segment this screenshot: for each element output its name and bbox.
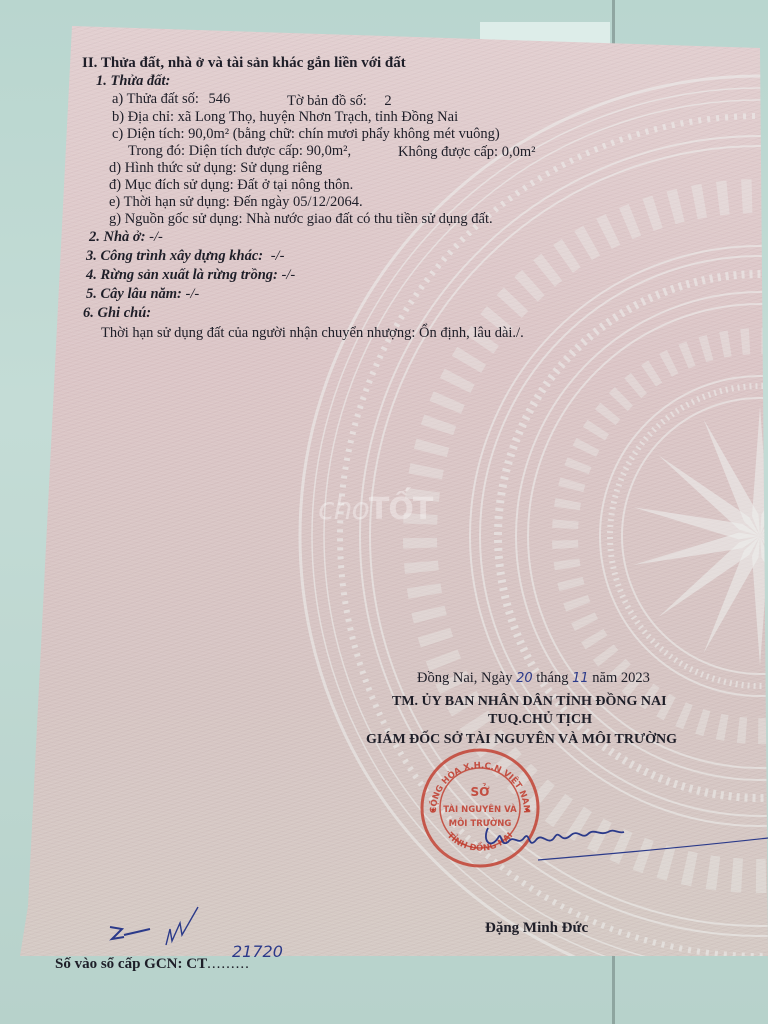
parcel-number-label: a) Thửa đất số: — [112, 91, 199, 107]
registry-number: 21720 — [232, 944, 283, 960]
date-year: năm 2023 — [592, 670, 650, 686]
authority-line-2: TUQ.CHỦ TỊCH — [488, 712, 592, 728]
signer-name: Đặng Minh Đức — [485, 920, 588, 936]
registry-line: Số vào sổ cấp GCN: CT......... — [55, 956, 250, 972]
item-production-forest-value: -/- — [281, 267, 295, 283]
item-other-construction-heading: 3. Công trình xây dựng khác: — [86, 248, 263, 264]
granted-area: Trong đó: Diện tích được cấp: 90,0m², — [128, 143, 351, 159]
watermark-part2: TỐT — [369, 492, 432, 527]
parcel-number-row: a) Thửa đất số: 546 — [112, 91, 230, 107]
item-house: 2. Nhà ở: -/- — [89, 229, 163, 245]
date-month-label: tháng — [536, 670, 568, 686]
item-notes-heading: 6. Ghi chú: — [83, 305, 151, 321]
date-line: Đồng Nai, Ngày 20 tháng 11 năm 2023 — [417, 670, 650, 687]
usage-term: e) Thời hạn sử dụng: Đến ngày 05/12/2064… — [109, 194, 363, 210]
date-month: 11 — [572, 671, 589, 686]
chotot-watermark: choTỐT — [318, 492, 432, 527]
item-house-value: -/- — [149, 229, 163, 245]
director-signature — [478, 810, 768, 870]
item-notes: 6. Ghi chú: — [83, 305, 151, 321]
note-text: Thời hạn sử dụng đất của người nhận chuy… — [101, 325, 524, 341]
registry-label: Số vào sổ cấp GCN: CT — [55, 956, 207, 972]
not-granted-area: Không được cấp: 0,0m² — [398, 144, 535, 160]
origin: g) Nguồn gốc sử dụng: Nhà nước giao đất … — [109, 211, 493, 227]
usage-form: d) Hình thức sử dụng: Sử dụng riêng — [109, 160, 322, 176]
item-house-heading: 2. Nhà ở: — [89, 229, 146, 245]
svg-text:SỞ: SỞ — [470, 783, 490, 799]
item-other-construction-value: -/- — [271, 248, 285, 264]
svg-text:★: ★ — [430, 806, 436, 814]
item-perennial-trees: 5. Cây lâu năm: -/- — [86, 286, 199, 302]
item-perennial-trees-heading: 5. Cây lâu năm: — [86, 286, 182, 302]
map-sheet-label: Tờ bản đồ số: — [287, 93, 367, 109]
section-title: II. Thửa đất, nhà ở và tài sản khác gắn … — [82, 55, 406, 71]
map-sheet-number: 2 — [384, 93, 391, 109]
usage-purpose: đ) Mục đích sử dụng: Đất ở tại nông thôn… — [109, 177, 353, 193]
watermark-part1: cho — [318, 492, 369, 527]
item-production-forest: 4. Rừng sản xuất là rừng trồng: -/- — [86, 267, 295, 283]
item-perennial-trees-value: -/- — [186, 286, 200, 302]
date-day: 20 — [516, 671, 533, 686]
area: c) Diện tích: 90,0m² (bằng chữ: chín mươ… — [112, 126, 500, 142]
item-other-construction: 3. Công trình xây dựng khác: -/- — [86, 248, 284, 264]
land-parcel-heading: 1. Thửa đất: — [96, 73, 170, 89]
authority-line-1: TM. ỦY BAN NHÂN DÂN TỈNH ĐỒNG NAI — [392, 694, 667, 710]
item-production-forest-heading: 4. Rừng sản xuất là rừng trồng: — [86, 267, 278, 283]
parcel-number: 546 — [209, 91, 231, 107]
address: b) Địa chỉ: xã Long Thọ, huyện Nhơn Trạc… — [112, 109, 458, 125]
date-prefix: Đồng Nai, Ngày — [417, 670, 512, 686]
map-sheet-row: Tờ bản đồ số: 2 — [287, 93, 392, 109]
registry-initials — [100, 905, 210, 955]
